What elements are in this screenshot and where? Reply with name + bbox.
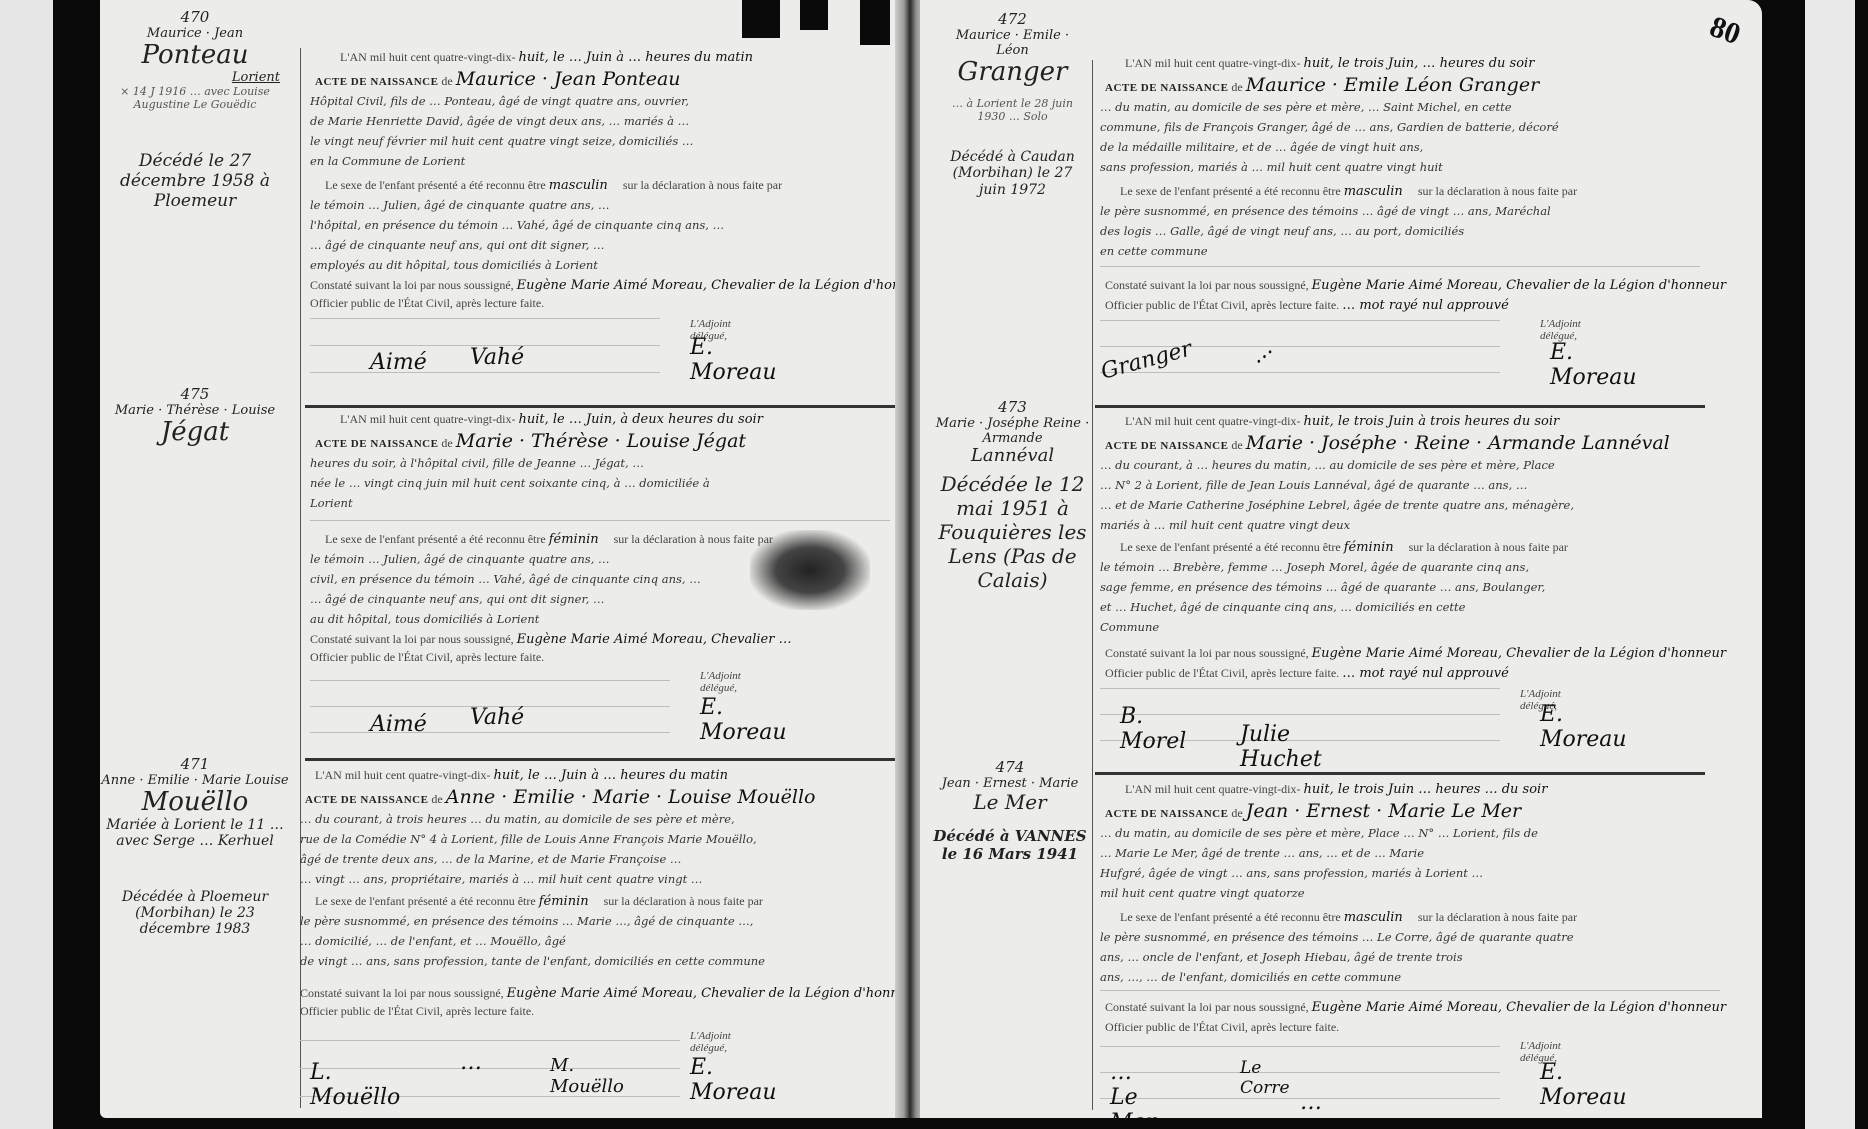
handwritten-date: huit, le trois Juin, … heures du soir bbox=[1303, 56, 1534, 71]
torn-edge bbox=[742, 0, 780, 38]
child-name: Jean · Ernest · Marie Le Mer bbox=[1246, 800, 1521, 822]
form-officier: Officier public de l'État Civil, après l… bbox=[300, 1004, 534, 1019]
witness-line: le père susnommé, en présence des témoin… bbox=[300, 914, 880, 928]
form-constate: Constaté suivant la loi par nous soussig… bbox=[310, 278, 514, 292]
form-declaration: sur la déclaration à nous faite par bbox=[1409, 540, 1568, 554]
witness-line: en cette commune bbox=[1100, 244, 1700, 258]
adjoint-label: L'Adjoint délégué, bbox=[690, 1030, 731, 1054]
form-year-line: L'AN mil huit cent quatre-vingt-dix- bbox=[1125, 782, 1300, 796]
witness-line: sage femme, en présence des témoins … âg… bbox=[1100, 580, 1720, 594]
body-line: … du courant, à … heures du matin, … au … bbox=[1100, 458, 1720, 472]
body-line: rue de la Comédie N° 4 à Lorient, fille … bbox=[300, 832, 880, 846]
body-line: … vingt … ans, propriétaire, mariés à … … bbox=[300, 872, 880, 886]
margin-note-471: 471 Anne · Emilie · Marie Louise Mouëllo… bbox=[100, 755, 290, 937]
marriage-annotation: Mariée à Lorient le 11 … avec Serge … Ke… bbox=[100, 817, 290, 849]
form-declaration: sur la déclaration à nous faite par bbox=[614, 532, 773, 546]
body-line: … du courant, à trois heures … du matin,… bbox=[300, 812, 880, 826]
form-officier: Officier public de l'État Civil, après l… bbox=[310, 650, 544, 665]
form-constate: Constaté suivant la loi par nous soussig… bbox=[1105, 1000, 1309, 1014]
form-officier: Officier public de l'État Civil, après l… bbox=[1105, 1020, 1339, 1035]
acte-de: de bbox=[1231, 438, 1242, 452]
margin-note-474: 474 Jean · Ernest · Marie Le Mer Décédé … bbox=[930, 758, 1090, 863]
witness-line: Commune bbox=[1100, 620, 1720, 634]
right-page: 80 472 Maurice · Emile · Léon Granger … … bbox=[920, 0, 1762, 1118]
form-officier: Officier public de l'État Civil, après l… bbox=[1105, 298, 1339, 312]
handwritten-date: huit, le … Juin, à deux heures du soir bbox=[518, 412, 762, 427]
form-constate: Constaté suivant la loi par nous soussig… bbox=[1105, 646, 1309, 660]
entry-number: 472 bbox=[940, 10, 1085, 28]
form-year-line: L'AN mil huit cent quatre-vingt-dix- bbox=[315, 768, 490, 782]
signature: Julie Huchet bbox=[1240, 722, 1322, 772]
surname: Jégat bbox=[110, 418, 280, 447]
body-line: en la Commune de Lorient bbox=[310, 154, 880, 168]
form-year-line: L'AN mil huit cent quatre-vingt-dix- bbox=[340, 50, 515, 64]
body-line: mariés à … mil huit cent quatre vingt de… bbox=[1100, 518, 1720, 532]
acte-de: de bbox=[1231, 80, 1242, 94]
margin-note-475: 475 Marie · Thérèse · Louise Jégat bbox=[110, 385, 280, 447]
signature: Le Corre bbox=[1240, 1058, 1290, 1098]
form-declaration: sur la déclaration à nous faite par bbox=[1418, 184, 1577, 198]
body-line: … du matin, au domicile de ses père et m… bbox=[1100, 826, 1720, 840]
torn-edge bbox=[860, 0, 890, 45]
officer-name: Eugène Marie Aimé Moreau, Chevalier de l… bbox=[507, 986, 900, 1001]
body-line: … Marie Le Mer, âgé de trente … ans, … e… bbox=[1100, 846, 1720, 860]
child-name: Marie · Joséphe · Reine · Armande Lannév… bbox=[1246, 432, 1670, 454]
signature-adjoint: E. Moreau bbox=[690, 335, 777, 385]
form-sex-line: Le sexe de l'enfant présenté a été recon… bbox=[1120, 910, 1341, 924]
child-name: Marie · Thérèse · Louise Jégat bbox=[456, 430, 746, 452]
body-line: … N° 2 à Lorient, fille de Jean Louis La… bbox=[1100, 478, 1720, 492]
acte-label: ACTE DE NAISSANCE bbox=[305, 794, 428, 806]
witness-line: ans, … oncle de l'enfant, et Joseph Hieb… bbox=[1100, 950, 1720, 964]
witness-line: des logis … Galle, âgé de vingt neuf ans… bbox=[1100, 224, 1700, 238]
body-line: heures du soir, à l'hôpital civil, fille… bbox=[310, 456, 880, 470]
body-line: âgé de trente deux ans, … de la Marine, … bbox=[300, 852, 880, 866]
form-sex-line: Le sexe de l'enfant présenté a été recon… bbox=[325, 178, 546, 192]
margin-note-473: 473 Marie · Joséphe Reine · Armande Lann… bbox=[935, 398, 1090, 592]
body-line: née le … vingt cinq juin mil huit cent s… bbox=[310, 476, 880, 490]
witness-line: et … Huchet, âgé de cinquante cinq ans, … bbox=[1100, 600, 1720, 614]
body-line: sans profession, mariés à … mil huit cen… bbox=[1100, 160, 1700, 174]
torn-edge bbox=[800, 0, 828, 30]
given-names: Anne · Emilie · Marie Louise bbox=[100, 773, 290, 788]
entry-separator bbox=[305, 758, 895, 761]
sex-value: féminin bbox=[1344, 540, 1394, 555]
officer-name: Eugène Marie Aimé Moreau, Chevalier de l… bbox=[1312, 278, 1726, 293]
surname: Mouëllo bbox=[100, 788, 290, 817]
approval-note: … mot rayé nul approuvé bbox=[1342, 666, 1509, 681]
child-name: Maurice · Jean Ponteau bbox=[456, 68, 681, 90]
body-line: de la médaille militaire, et de … âgée d… bbox=[1100, 140, 1700, 154]
entry-separator bbox=[1095, 772, 1705, 775]
signature-adjoint: E. Moreau bbox=[1550, 340, 1637, 390]
officer-name: Eugène Marie Aimé Moreau, Chevalier de l… bbox=[517, 278, 900, 293]
witness-line: le père susnommé, en présence des témoin… bbox=[1100, 204, 1700, 218]
adjoint-label: L'Adjoint délégué, bbox=[1540, 318, 1581, 342]
signature: Vahé bbox=[470, 345, 524, 370]
acte-label: ACTE DE NAISSANCE bbox=[1105, 82, 1228, 94]
death-annotation: Décédé à Caudan (Morbihan) le 27 juin 19… bbox=[940, 149, 1085, 199]
witness-line: le père susnommé, en présence des témoin… bbox=[1100, 930, 1720, 944]
acte-label: ACTE DE NAISSANCE bbox=[1105, 440, 1228, 452]
acte-de: de bbox=[441, 436, 452, 450]
body-line: commune, fils de François Granger, âgé d… bbox=[1100, 120, 1700, 134]
signature-adjoint: E. Moreau bbox=[700, 695, 787, 745]
death-annotation: Décédée le 12 mai 1951 à Fouquières les … bbox=[935, 472, 1090, 592]
body-line: de Marie Henriette David, âgée de vingt … bbox=[310, 114, 880, 128]
acte-de: de bbox=[1231, 806, 1242, 820]
death-annotation: Décédé à VANNES le 16 Mars 1941 bbox=[930, 827, 1090, 863]
signature: … Le Mer bbox=[1110, 1060, 1156, 1118]
form-year-line: L'AN mil huit cent quatre-vingt-dix- bbox=[340, 412, 515, 426]
given-names: Marie · Thérèse · Louise bbox=[110, 403, 280, 418]
form-year-line: L'AN mil huit cent quatre-vingt-dix- bbox=[1125, 56, 1300, 70]
form-year-line: L'AN mil huit cent quatre-vingt-dix- bbox=[1125, 414, 1300, 428]
marriage-annotation: × 14 J 1916 … avec Louise Augustine Le G… bbox=[110, 85, 280, 111]
scanner-margin-right bbox=[1805, 0, 1855, 1129]
margin-note-470: 470 Maurice · Jean Ponteau Lorient × 14 … bbox=[110, 8, 280, 212]
witness-line: l'hôpital, en présence du témoin … Vahé,… bbox=[310, 218, 880, 232]
signature: … bbox=[1300, 1090, 1322, 1115]
witness-line: … âgé de cinquante neuf ans, qui ont dit… bbox=[310, 238, 880, 252]
body-line: Hôpital Civil, fils de … Ponteau, âgé de… bbox=[310, 94, 880, 108]
approval-note: … mot rayé nul approuvé bbox=[1342, 298, 1509, 313]
form-officier: Officier public de l'État Civil, après l… bbox=[1105, 666, 1339, 680]
form-sex-line: Le sexe de l'enfant présenté a été recon… bbox=[315, 894, 536, 908]
acte-de: de bbox=[441, 74, 452, 88]
signature: Aimé bbox=[370, 712, 427, 737]
left-page: 470 Maurice · Jean Ponteau Lorient × 14 … bbox=[100, 0, 900, 1118]
signature-adjoint: E. Moreau bbox=[1540, 1060, 1627, 1110]
entry-number: 473 bbox=[935, 398, 1090, 416]
entry-separator bbox=[305, 405, 895, 408]
margin-divider bbox=[300, 48, 301, 1108]
margin-divider bbox=[1092, 60, 1093, 1110]
form-constate: Constaté suivant la loi par nous soussig… bbox=[1105, 278, 1309, 292]
signature-adjoint: E. Moreau bbox=[1540, 702, 1627, 752]
adjoint-label: L'Adjoint délégué, bbox=[700, 670, 741, 694]
given-names: Maurice · Emile · Léon bbox=[940, 28, 1085, 58]
form-declaration: sur la déclaration à nous faite par bbox=[623, 178, 782, 192]
form-sex-line: Le sexe de l'enfant présenté a été recon… bbox=[1120, 184, 1341, 198]
body-line: Lorient bbox=[310, 496, 880, 510]
given-names: Jean · Ernest · Marie bbox=[930, 776, 1090, 791]
witness-line: le témoin … Julien, âgé de cinquante qua… bbox=[310, 198, 880, 212]
body-line: Hufgré, âgée de vingt … ans, sans profes… bbox=[1100, 866, 1720, 880]
form-declaration: sur la déclaration à nous faite par bbox=[604, 894, 763, 908]
entry-number: 470 bbox=[110, 8, 280, 26]
witness-line: au dit hôpital, tous domiciliés à Lorien… bbox=[310, 612, 880, 626]
acte-label: ACTE DE NAISSANCE bbox=[1105, 808, 1228, 820]
witness-line: employés au dit hôpital, tous domiciliés… bbox=[310, 258, 880, 272]
form-constate: Constaté suivant la loi par nous soussig… bbox=[300, 986, 504, 1000]
acte-de: de bbox=[431, 792, 442, 806]
witness-line: de vingt … ans, sans profession, tante d… bbox=[300, 954, 880, 968]
witness-line: … domicilié, … de l'enfant, et … Mouëllo… bbox=[300, 934, 880, 948]
given-names: Maurice · Jean bbox=[110, 26, 280, 41]
signature: L. Mouëllo bbox=[310, 1060, 400, 1110]
child-name: Anne · Emilie · Marie · Louise Mouëllo bbox=[446, 786, 816, 808]
signature: M. Mouëllo bbox=[550, 1055, 624, 1097]
signature: Granger bbox=[1098, 336, 1194, 384]
handwritten-date: huit, le trois Juin à trois heures du so… bbox=[1303, 414, 1559, 429]
marriage-annotation: … à Lorient le 28 juin 1930 … Solo bbox=[940, 97, 1085, 123]
form-officier: Officier public de l'État Civil, après l… bbox=[310, 296, 544, 311]
body-line: … et de Marie Catherine Joséphine Lebrel… bbox=[1100, 498, 1720, 512]
officer-name: Eugène Marie Aimé Moreau, Chevalier de l… bbox=[1312, 646, 1726, 661]
given-names: Marie · Joséphe Reine · Armande bbox=[935, 416, 1090, 446]
handwritten-date: huit, le trois Juin … heures … du soir bbox=[1303, 782, 1547, 797]
surname: Lannéval bbox=[935, 446, 1090, 466]
entry-number: 471 bbox=[100, 755, 290, 773]
sex-value: masculin bbox=[1344, 910, 1403, 925]
form-declaration: sur la déclaration à nous faite par bbox=[1418, 910, 1577, 924]
death-annotation: Décédée à Ploemeur (Morbihan) le 23 déce… bbox=[100, 889, 290, 937]
surname: Granger bbox=[940, 58, 1085, 87]
body-line: le vingt neuf février mil huit cent quat… bbox=[310, 134, 880, 148]
child-name: Maurice · Emile Léon Granger bbox=[1246, 74, 1539, 96]
form-sex-line: Le sexe de l'enfant présenté a été recon… bbox=[325, 532, 546, 546]
officer-name: Eugène Marie Aimé Moreau, Chevalier … bbox=[517, 632, 792, 647]
signature: … bbox=[460, 1050, 482, 1075]
signature: B. Morel bbox=[1120, 704, 1186, 754]
body-line: mil huit cent quatre vingt quatorze bbox=[1100, 886, 1720, 900]
sex-value: féminin bbox=[549, 532, 599, 547]
entry-number: 474 bbox=[930, 758, 1090, 776]
death-annotation: Décédé le 27 décembre 1958 à Ploemeur bbox=[110, 151, 280, 212]
witness-line: le témoin … Brebère, femme … Joseph More… bbox=[1100, 560, 1720, 574]
ink-stain bbox=[750, 530, 870, 610]
form-sex-line: Le sexe de l'enfant présenté a été recon… bbox=[1120, 540, 1341, 554]
margin-note-472: 472 Maurice · Emile · Léon Granger … à L… bbox=[940, 10, 1085, 199]
surname: Le Mer bbox=[930, 791, 1090, 813]
scanner-margin-left bbox=[0, 0, 53, 1129]
folio-number: 80 bbox=[1705, 10, 1745, 52]
sex-value: féminin bbox=[539, 894, 589, 909]
acte-label: ACTE DE NAISSANCE bbox=[315, 76, 438, 88]
place: Lorient bbox=[110, 70, 280, 85]
entry-number: 475 bbox=[110, 385, 280, 403]
signature: … bbox=[1245, 336, 1278, 369]
surname: Ponteau bbox=[110, 41, 280, 70]
body-line: … du matin, au domicile de ses père et m… bbox=[1100, 100, 1700, 114]
signature-adjoint: E. Moreau bbox=[690, 1055, 777, 1105]
sex-value: masculin bbox=[1344, 184, 1403, 199]
witness-line: ans, …, … de l'enfant, domiciliés en cet… bbox=[1100, 970, 1720, 984]
entry-separator bbox=[1095, 405, 1705, 408]
signature: Aimé bbox=[370, 350, 427, 375]
sex-value: masculin bbox=[549, 178, 608, 193]
signature: Vahé bbox=[470, 705, 524, 730]
form-constate: Constaté suivant la loi par nous soussig… bbox=[310, 632, 514, 646]
handwritten-date: huit, le … Juin à … heures du matin bbox=[518, 50, 753, 65]
acte-label: ACTE DE NAISSANCE bbox=[315, 438, 438, 450]
handwritten-date: huit, le … Juin à … heures du matin bbox=[493, 768, 728, 783]
officer-name: Eugène Marie Aimé Moreau, Chevalier de l… bbox=[1312, 1000, 1726, 1015]
